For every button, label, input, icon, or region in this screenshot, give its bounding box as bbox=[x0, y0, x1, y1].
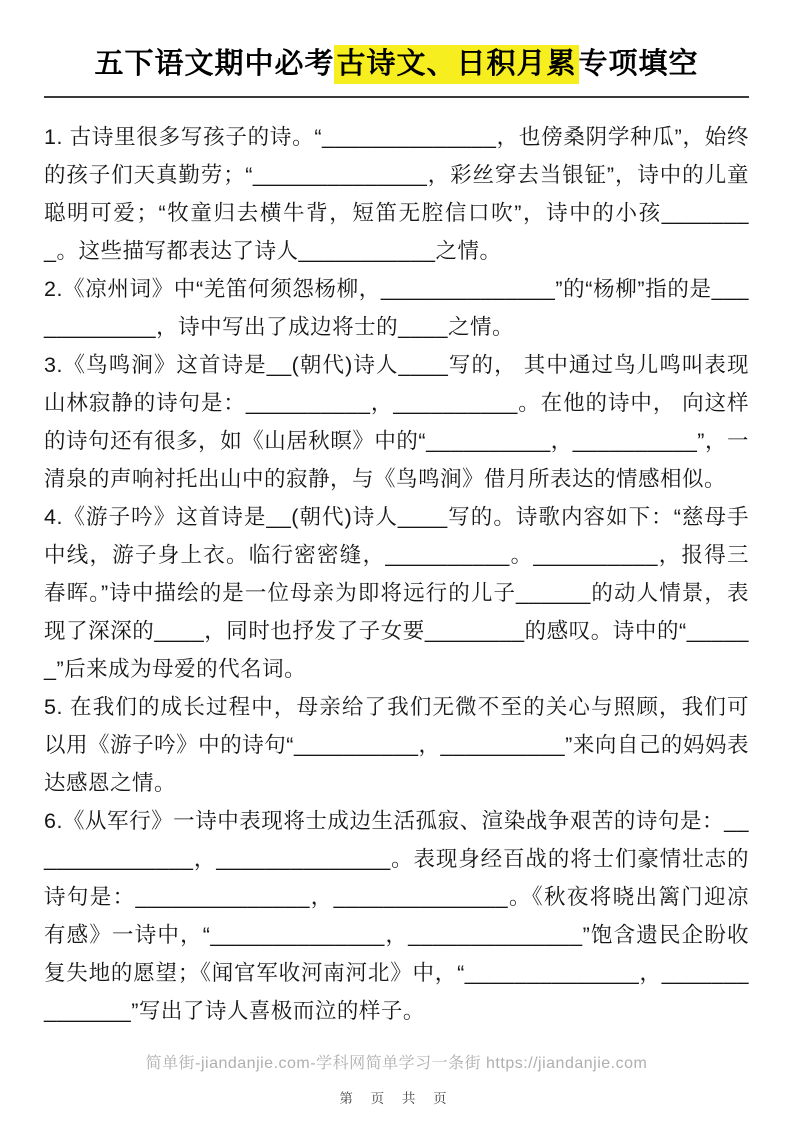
question-list: 1. 古诗里很多写孩子的诗。“______________，也傍桑阴学种瓜”，始… bbox=[44, 118, 749, 1030]
title-prefix: 五下语文期中必考 bbox=[94, 48, 334, 80]
page-number-label: 第 页 共 页 bbox=[44, 1087, 749, 1107]
question-4: 4.《游子吟》这首诗是__(朝代)诗人____写的。诗歌内容如下：“慈母手中线，… bbox=[44, 498, 749, 688]
worksheet-header: 五下语文期中必考古诗文、日积月累专项填空 bbox=[44, 46, 749, 98]
title-suffix: 专项填空 bbox=[579, 48, 699, 80]
page-title: 五下语文期中必考古诗文、日积月累专项填空 bbox=[44, 46, 749, 82]
watermark-text: 简单街-jiandanjie.com-学科网简单学习一条街 https://ji… bbox=[44, 1054, 749, 1074]
worksheet-page: 五下语文期中必考古诗文、日积月累专项填空 1. 古诗里很多写孩子的诗。“____… bbox=[0, 0, 793, 1121]
question-3: 3.《鸟鸣涧》这首诗是__(朝代)诗人____写的， 其中通过鸟儿鸣叫表现山林寂… bbox=[44, 346, 749, 498]
question-1: 1. 古诗里很多写孩子的诗。“______________，也傍桑阴学种瓜”，始… bbox=[44, 118, 749, 270]
question-5: 5. 在我们的成长过程中，母亲给了我们无微不至的关心与照顾，我们可以用《游子吟》… bbox=[44, 688, 749, 802]
question-6: 6.《从军行》一诗中表现将士成边生活孤寂、渲染战争艰苦的诗句是：________… bbox=[44, 802, 749, 1030]
question-2: 2.《凉州词》中“羌笛何须怨杨柳，______________”的“杨柳”指的是… bbox=[44, 270, 749, 346]
title-divider bbox=[44, 96, 749, 98]
worksheet-footer: 简单街-jiandanjie.com-学科网简单学习一条街 https://ji… bbox=[44, 1054, 749, 1107]
title-highlight: 古诗文、日积月累 bbox=[334, 45, 578, 84]
